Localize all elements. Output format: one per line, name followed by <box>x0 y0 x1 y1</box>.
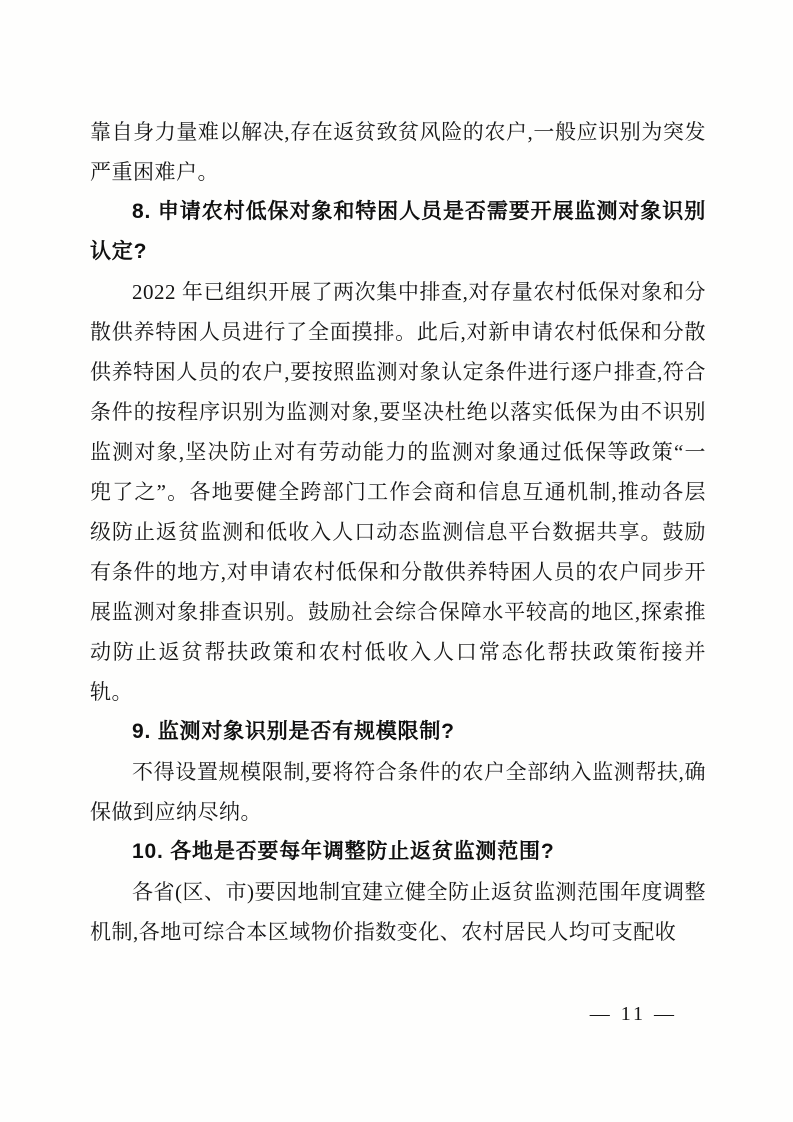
page-content: 靠自身力量难以解决,存在返贫致贫风险的农户,一般应识别为突发严重困难户。 8. … <box>90 112 706 952</box>
paragraph-continuation: 靠自身力量难以解决,存在返贫致贫风险的农户,一般应识别为突发严重困难户。 <box>90 112 706 192</box>
page-number: — 11 — <box>590 1003 677 1026</box>
document-page: 靠自身力量难以解决,存在返贫致贫风险的农户,一般应识别为突发严重困难户。 8. … <box>0 0 793 1122</box>
question-heading-10: 10. 各地是否要每年调整防止返贫监测范围? <box>90 832 706 872</box>
answer-paragraph-8: 2022 年已组织开展了两次集中排查,对存量农村低保对象和分散供养特困人员进行了… <box>90 272 706 712</box>
question-heading-8: 8. 申请农村低保对象和特困人员是否需要开展监测对象识别认定? <box>90 192 706 272</box>
answer-paragraph-9: 不得设置规模限制,要将符合条件的农户全部纳入监测帮扶,确保做到应纳尽纳。 <box>90 752 706 832</box>
answer-paragraph-10: 各省(区、市)要因地制宜建立健全防止返贫监测范围年度调整机制,各地可综合本区域物… <box>90 872 706 952</box>
question-heading-9: 9. 监测对象识别是否有规模限制? <box>90 712 706 752</box>
